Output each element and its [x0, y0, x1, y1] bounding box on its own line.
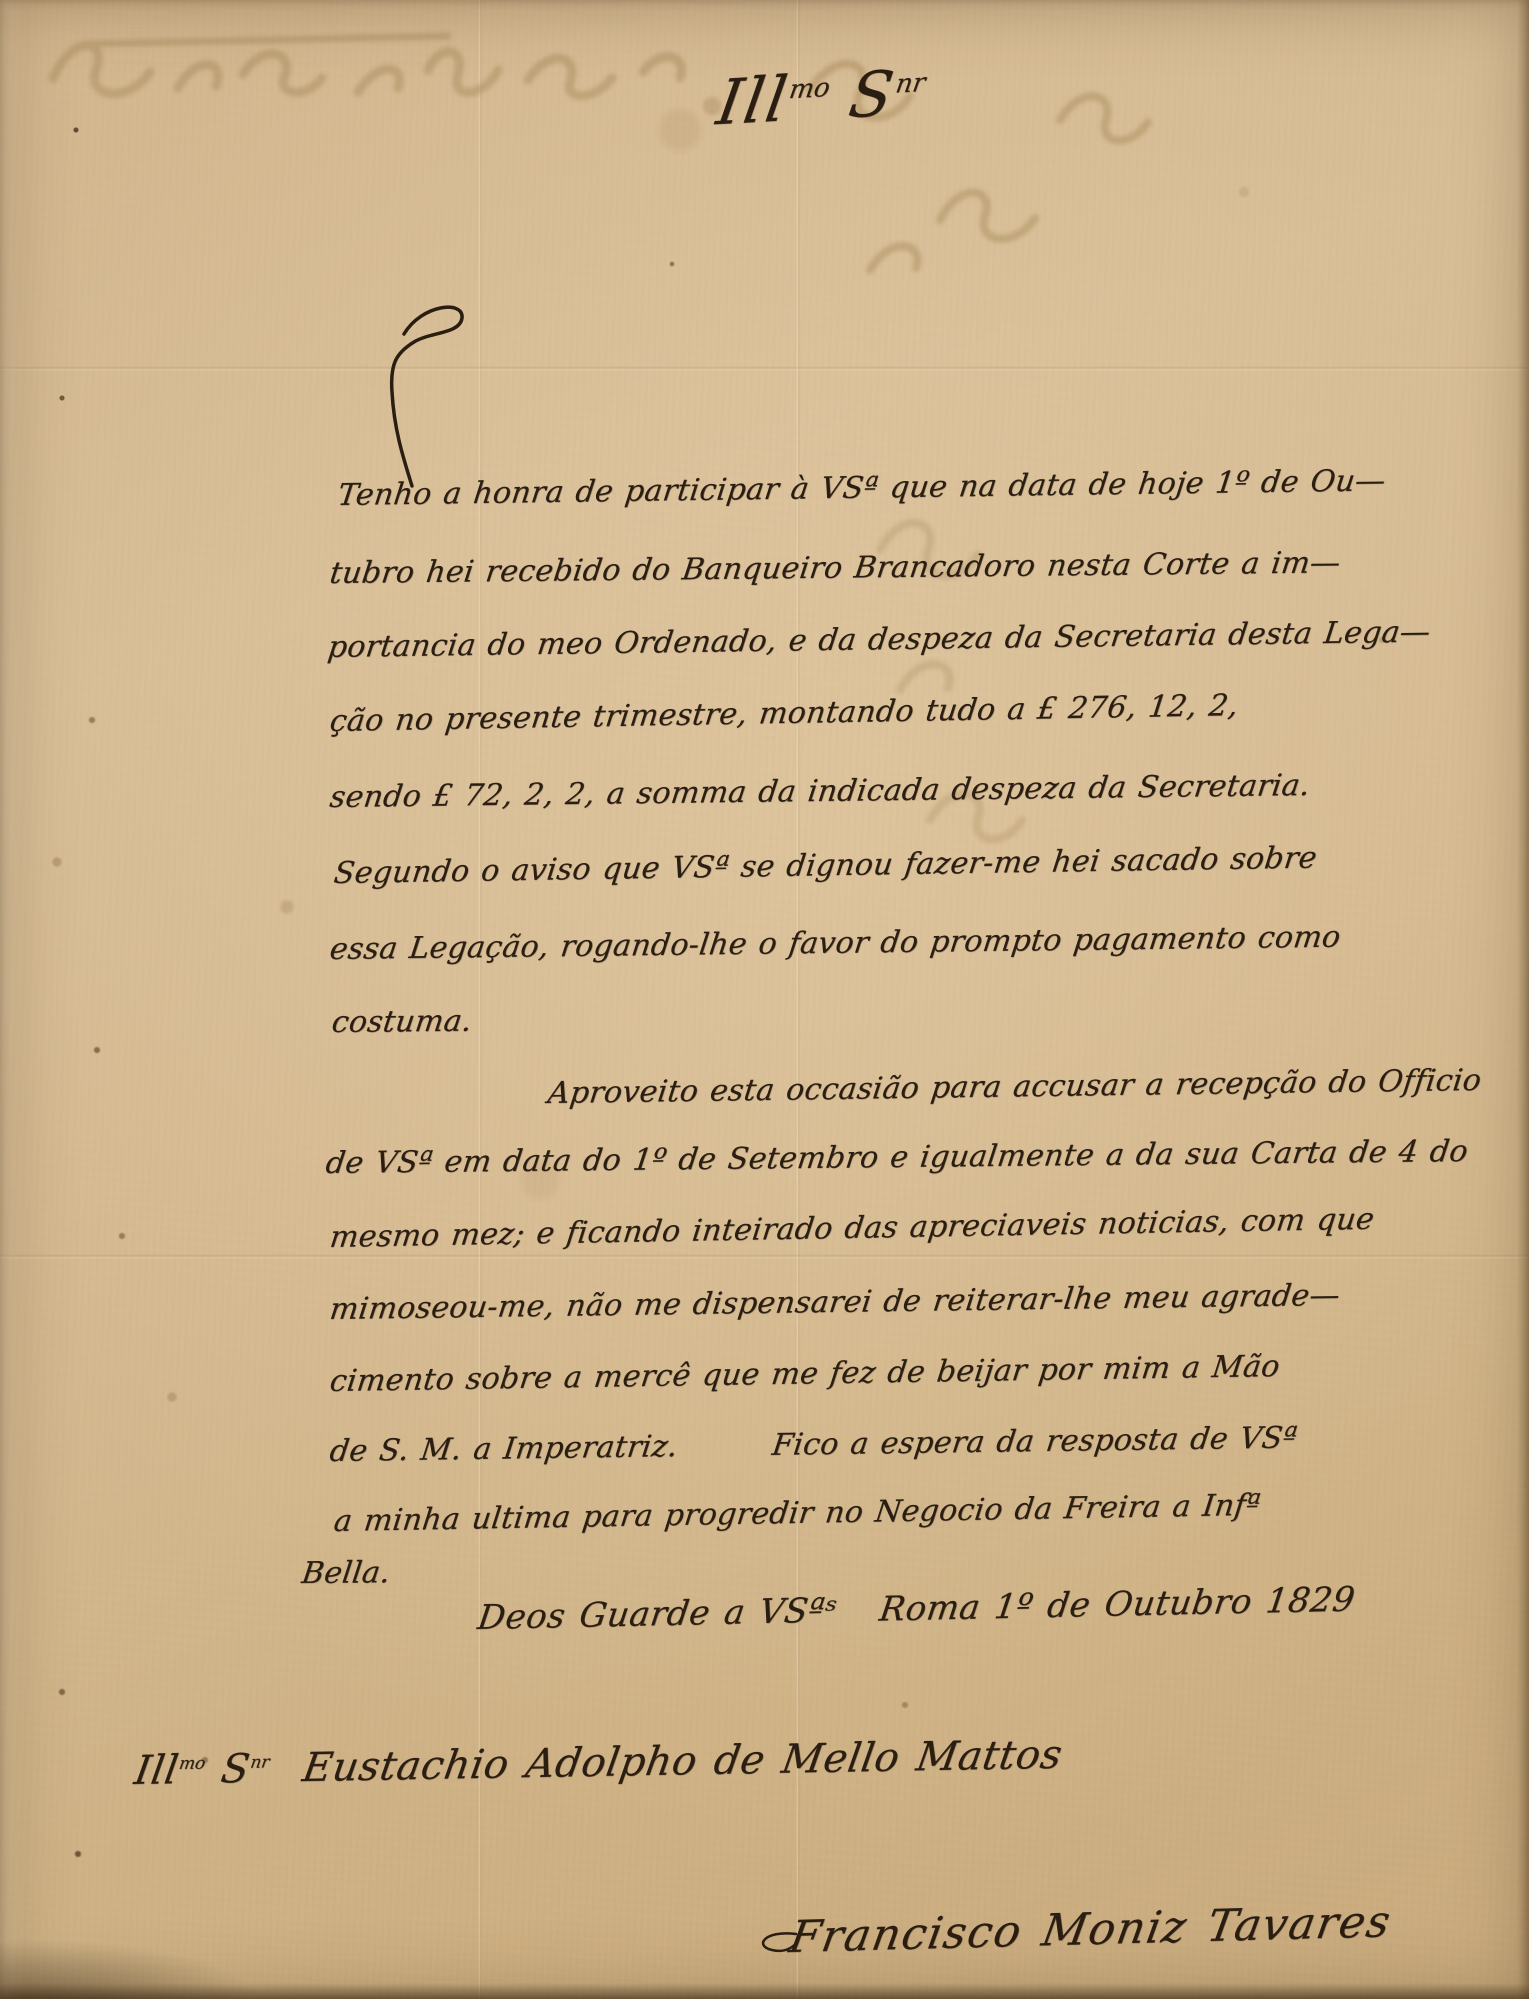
paper-edge-left	[0, 0, 26, 1999]
letter-closing: Deos Guarde a VSªˢ Roma 1º de Outubro 18…	[475, 1580, 1357, 1638]
paper-grain	[0, 0, 1529, 1999]
letter-line: de VSª em data do 1º de Setembro e igual…	[324, 1134, 1470, 1181]
letter-line: cimento sobre a mercê que me fez de beij…	[328, 1349, 1282, 1399]
letter-line: sendo £ 72, 2, 2, a somma da indicada de…	[328, 768, 1312, 815]
addressee-snr-sup: nr	[249, 1751, 271, 1771]
fold-crease-horizontal-lower	[0, 1254, 1529, 1259]
bleedthrough-writing	[28, 8, 728, 148]
fold-crease-vertical-left	[478, 0, 482, 1999]
letter-line: ção no presente trimestre, montando tudo…	[328, 688, 1240, 739]
paper-edge-bottom	[0, 1983, 1529, 1999]
letter-page: Illmo Snr Tenho a honra de participar à …	[0, 0, 1529, 1999]
salutation-snr-sup: nr	[893, 68, 927, 100]
letter-line: mimoseou-me, não me dispensarei de reite…	[328, 1278, 1342, 1327]
letter-line: de S. M. a Imperatriz. Fico a espera da …	[328, 1420, 1300, 1469]
letter-line: portancia do meo Ordenado, e da despeza …	[326, 615, 1433, 665]
addressee-name: Eustachio Adolpho de Mello Mattos	[299, 1732, 1065, 1791]
letter-addressee: Illmo Snr Eustachio Adolpho de Mello Mat…	[131, 1732, 1065, 1794]
salutation-illmo-sup: mo	[787, 73, 832, 105]
corner-shadow	[0, 1939, 260, 1999]
letter-line: a minha ultima para progredir no Negocio…	[332, 1488, 1263, 1539]
letter-line: costuma.	[330, 1004, 475, 1040]
letter-line: Segundo o aviso que VSª se dignou fazer-…	[332, 841, 1319, 892]
paragraph-flourish	[352, 296, 482, 496]
letter-line: mesmo mez; e ficando inteirado das aprec…	[328, 1202, 1376, 1255]
fold-crease-vertical-right	[796, 0, 800, 1999]
salutation-snr: S	[844, 56, 900, 132]
paper-edge-right	[1517, 0, 1529, 1999]
page-vignette	[0, 0, 1529, 1999]
foxing-spots	[0, 0, 1529, 1999]
fold-crease-horizontal-upper	[0, 366, 1529, 371]
addressee-illmo-sup: mo	[178, 1752, 207, 1773]
bleedthrough-writing-center	[820, 470, 1120, 890]
signature: Francisco Moniz Tavares	[786, 1896, 1395, 1963]
addressee-snr: S	[218, 1746, 253, 1793]
letter-line: Tenho a honra de participar à VSª que na…	[336, 463, 1388, 513]
letter-line: essa Legação, rogando-lhe o favor do pro…	[328, 920, 1343, 967]
letter-line: tubro hei recebido do Banqueiro Brancado…	[328, 545, 1343, 591]
letter-line: Aproveito esta occasião para accusar a r…	[546, 1063, 1484, 1111]
letter-salutation: Illmo Snr	[712, 55, 929, 139]
salutation-illmo: Ill	[712, 62, 794, 139]
letter-line: Bella.	[300, 1555, 393, 1591]
addressee-illmo: Ill	[131, 1747, 181, 1794]
